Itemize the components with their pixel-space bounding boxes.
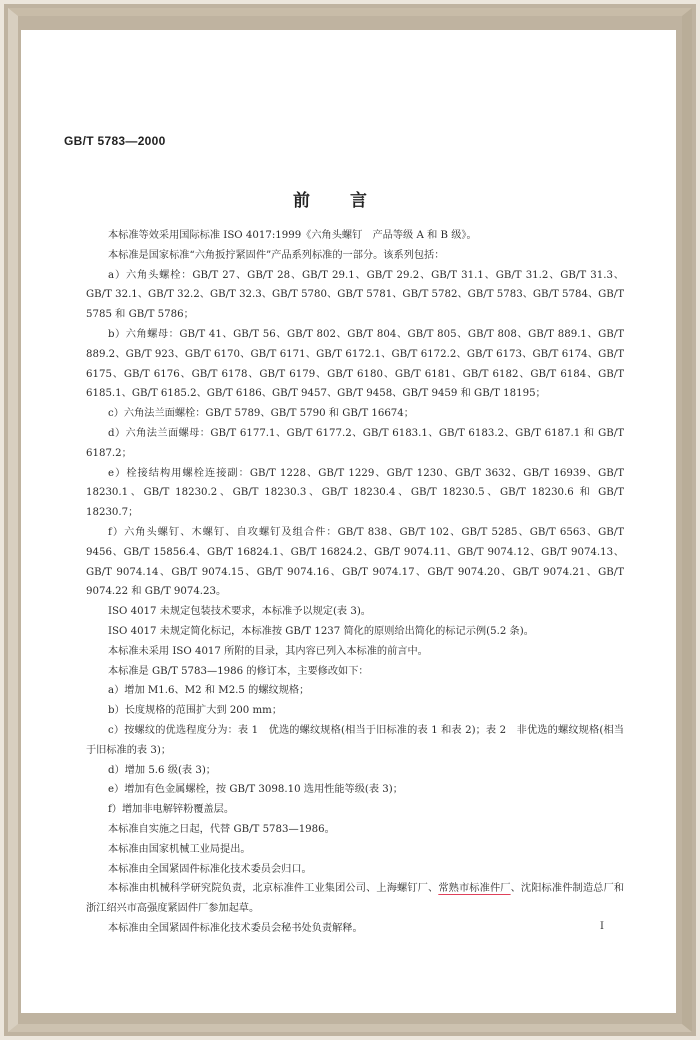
paragraph: 本标准是国家标准“六角扳拧紧固件”产品系列标准的一部分。该系列包括： — [86, 246, 624, 266]
list-item: a）增加 M1.6、M2 和 M2.5 的螺纹规格； — [86, 681, 624, 701]
paragraph: ISO 4017 未规定包装技术要求，本标准予以规定(表 3)。 — [86, 602, 624, 622]
paragraph: 本标准未采用 ISO 4017 所附的目录，其内容已列入本标准的前言中。 — [86, 642, 624, 662]
list-item: d）六角法兰面螺母：GB/T 6177.1、GB/T 6177.2、GB/T 6… — [86, 424, 624, 464]
list-item: c）按螺纹的优选程度分为：表 1 优选的螺纹规格(相当于旧标准的表 1 和表 2… — [86, 721, 624, 761]
highlighted-organization: 常熟市标准件厂 — [438, 883, 510, 894]
list-item: c）六角法兰面螺栓：GB/T 5789、GB/T 5790 和 GB/T 166… — [86, 404, 624, 424]
paragraph: 本标准等效采用国际标准 ISO 4017:1999《六角头螺钉 产品等级 A 和… — [86, 226, 624, 246]
closing-paragraph: 本标准由全国紧固件标准化技术委员会秘书处负责解释。 — [86, 919, 624, 939]
paragraph: 本标准由国家机械工业局提出。 — [86, 840, 624, 860]
list-item: d）增加 5.6 级(表 3)； — [86, 761, 624, 781]
paragraph: 本标准自实施之日起，代替 GB/T 5783—1986。 — [86, 820, 624, 840]
list-item: b）长度规格的范围扩大到 200 mm； — [86, 701, 624, 721]
document-body: 本标准等效采用国际标准 ISO 4017:1999《六角头螺钉 产品等级 A 和… — [86, 226, 624, 939]
standard-code: GB/T 5783—2000 — [64, 134, 166, 148]
drafters-text: 本标准由机械科学研究院负责，北京标准件工业集团公司、上海螺钉厂、 — [108, 883, 438, 894]
list-item: e）栓接结构用螺栓连接副：GB/T 1228、GB/T 1229、GB/T 12… — [86, 464, 624, 523]
list-item: e）增加有色金属螺栓，按 GB/T 3098.10 选用性能等级(表 3)； — [86, 780, 624, 800]
paragraph: ISO 4017 未规定简化标记，本标准按 GB/T 1237 简化的原则给出简… — [86, 622, 624, 642]
page-number: I — [600, 921, 604, 932]
drafters-paragraph: 本标准由机械科学研究院负责，北京标准件工业集团公司、上海螺钉厂、常熟市标准件厂、… — [86, 879, 624, 919]
list-item: b）六角螺母：GB/T 41、GB/T 56、GB/T 802、GB/T 804… — [86, 325, 624, 404]
list-item: a）六角头螺栓：GB/T 27、GB/T 28、GB/T 29.1、GB/T 2… — [86, 266, 624, 325]
list-item: f）增加非电解锌粉覆盖层。 — [86, 800, 624, 820]
list-item: f）六角头螺钉、木螺钉、自攻螺钉及组合件：GB/T 838、GB/T 102、G… — [86, 523, 624, 602]
paragraph: 本标准由全国紧固件标准化技术委员会归口。 — [86, 860, 624, 880]
page-title: 前言 — [0, 186, 700, 211]
paragraph: 本标准是 GB/T 5783—1986 的修订本，主要修改如下： — [86, 662, 624, 682]
